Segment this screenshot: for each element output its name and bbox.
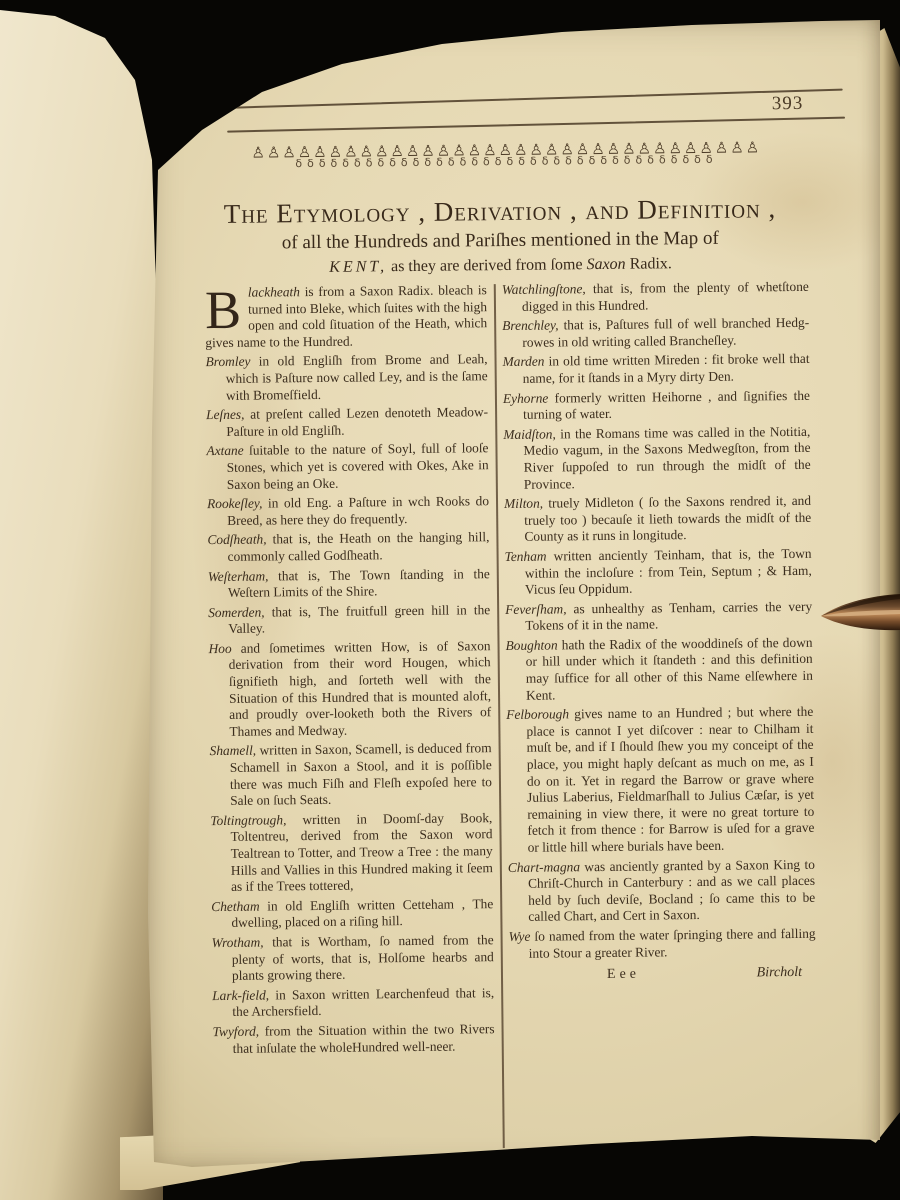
previous-page-edge <box>0 0 168 1200</box>
entry-felborough: Felborough gives name to an Hundred ; bu… <box>506 704 815 857</box>
entry-headword: Milton, <box>504 496 543 511</box>
entry-chartmagna: Chart-magna was anciently granted by a S… <box>508 856 816 926</box>
column-left: Blackheath is from a Saxon Radix. bleach… <box>205 282 496 1151</box>
entry-eyhorne: Eyhorne formerly written Heihorne , and … <box>503 387 810 423</box>
entry-watchlingtone: Watchlingſtone, that is, from the plenty… <box>502 279 809 315</box>
entry-headword: Maidſton, <box>503 426 556 442</box>
entry-headword: Chetham <box>211 898 260 914</box>
entry-twyford: Twyford, from the Situation within the t… <box>212 1021 494 1057</box>
title-line-3: KENT, as they are derived from ſome Saxo… <box>168 253 832 279</box>
metal-pointer-tip <box>818 583 900 647</box>
book-page: 393 ♙♙♙♙♙♙♙♙♙♙♙♙♙♙♙♙♙♙♙♙♙♙♙♙♙♙♙♙♙♙♙♙♙ δδ… <box>132 12 880 1177</box>
entry-headword: Shamell, <box>210 743 257 758</box>
entry-headword: Rookeſley, <box>207 496 263 512</box>
entry-weterham: Weſterham, that is, The Town ſtanding in… <box>208 566 490 602</box>
entry-headword: Weſterham, <box>208 568 269 584</box>
entry-headword: Tenham <box>505 548 547 563</box>
entry-larkfield: Lark-field, in Saxon written Learchenfeu… <box>212 985 494 1021</box>
entry-headword: Watchlingſtone, <box>502 281 586 297</box>
title-line-1: The Etymology , Derivation , and Definit… <box>168 193 832 230</box>
entry-somerden: Somerden, that is, The fruitfull green h… <box>208 602 490 638</box>
entry-lenes: Leſnes, at preſent called Lezen denoteth… <box>206 404 488 440</box>
page-content: 393 ♙♙♙♙♙♙♙♙♙♙♙♙♙♙♙♙♙♙♙♙♙♙♙♙♙♙♙♙♙♙♙♙♙ δδ… <box>126 8 886 1181</box>
column-right-entries: Watchlingſtone, that is, from the plenty… <box>502 279 816 962</box>
entry-headword: Chart-magna <box>508 859 580 875</box>
entry-boughton: Boughton hath the Radix of the wooddineſ… <box>505 635 813 705</box>
entry-headword: Twyford, <box>212 1024 259 1039</box>
entry-headword: Hoo <box>208 641 231 656</box>
entry-marden: Marden in old time written Mireden : fit… <box>502 351 809 387</box>
entry-shamell: Shamell, written in Saxon, Scamell, is d… <box>210 741 493 810</box>
title-kent: KENT, <box>329 258 387 276</box>
entry-hoo: Hoo and ſometimes written How, is of Sax… <box>208 638 491 741</box>
entry-axtane: Axtane ſuitable to the nature of Soyl, f… <box>206 441 489 494</box>
fleuron-ornament-row: ♙♙♙♙♙♙♙♙♙♙♙♙♙♙♙♙♙♙♙♙♙♙♙♙♙♙♙♙♙♙♙♙♙ δδδδδδ… <box>225 139 787 170</box>
entry-codheath: Codſheath, that is, the Heath on the han… <box>207 529 489 565</box>
entry-headword: Axtane <box>206 443 243 458</box>
catchword: Bircholt <box>757 965 803 981</box>
entry-headword: lackheath <box>248 284 300 300</box>
entry-headword: Leſnes, <box>206 407 244 422</box>
entry-headword: Wrotham, <box>212 935 264 951</box>
header-rule-bottom <box>227 117 845 133</box>
entry-headword: Bromley <box>205 354 250 369</box>
title-line-3-mid: as they are derived from ſome <box>387 256 587 275</box>
entry-headword: Lark-field, <box>212 987 269 1003</box>
entry-feverham: Feverſham, as unhealthy as Tenham, carri… <box>505 598 812 634</box>
entry-headword: Boughton <box>505 637 557 653</box>
entry-maidton: Maidſton, in the Romans time was called … <box>503 424 811 494</box>
entry-milton: Milton, truely Midleton ( ſo the Saxons … <box>504 493 812 546</box>
entry-rookeley: Rookeſley, in old Eng. a Paſture in wch … <box>207 493 489 529</box>
signature-row: Eee Bircholt <box>509 965 816 984</box>
entry-headword: Brenchley, <box>502 318 559 334</box>
entry-wrotham: Wrotham, that is Wortham, ſo named from … <box>212 932 495 985</box>
two-column-text: Blackheath is from a Saxon Radix. bleach… <box>205 279 818 1151</box>
entry-brenchley: Brenchley, that is, Paſtures full of wel… <box>502 315 809 351</box>
drop-cap: B <box>205 285 249 332</box>
title-saxon: Saxon <box>586 256 625 273</box>
entry-headword: Codſheath, <box>207 532 266 548</box>
entry-bromley: Bromley in old Engliſh from Brome and Le… <box>205 352 488 405</box>
signature-mark: Eee <box>607 967 640 983</box>
entry-lackheath: Blackheath is from a Saxon Radix. bleach… <box>205 282 488 351</box>
entry-headword: Marden <box>502 354 544 369</box>
entry-chetham: Chetham in old Engliſh written Cetteham … <box>211 896 493 932</box>
entry-headword: Feverſham, <box>505 601 567 617</box>
entry-headword: Wye <box>509 929 531 944</box>
entry-headword: Eyhorne <box>503 390 549 405</box>
book-scan-scene: 393 ♙♙♙♙♙♙♙♙♙♙♙♙♙♙♙♙♙♙♙♙♙♙♙♙♙♙♙♙♙♙♙♙♙ δδ… <box>0 0 900 1200</box>
title-line-2: of all the Hundreds and Pariſhes mention… <box>168 227 832 256</box>
entry-headword: Felborough <box>506 707 569 723</box>
entry-headword: Somerden, <box>208 604 265 620</box>
section-title: The Etymology , Derivation , and Definit… <box>168 193 833 279</box>
entry-wye: Wye ſo named from the water ſpringing th… <box>509 926 816 962</box>
column-right: Watchlingſtone, that is, from the plenty… <box>502 279 818 1148</box>
title-line-3-end: Radix. <box>626 255 672 272</box>
entry-headword: Toltingtrough, <box>210 812 286 828</box>
header-rule-top <box>231 89 843 109</box>
entry-tenham: Tenham written anciently Teinham, that i… <box>505 546 813 599</box>
entry-toltingtrough: Toltingtrough, written in Doomſ-day Book… <box>210 810 493 896</box>
page-number: 393 <box>772 93 804 115</box>
